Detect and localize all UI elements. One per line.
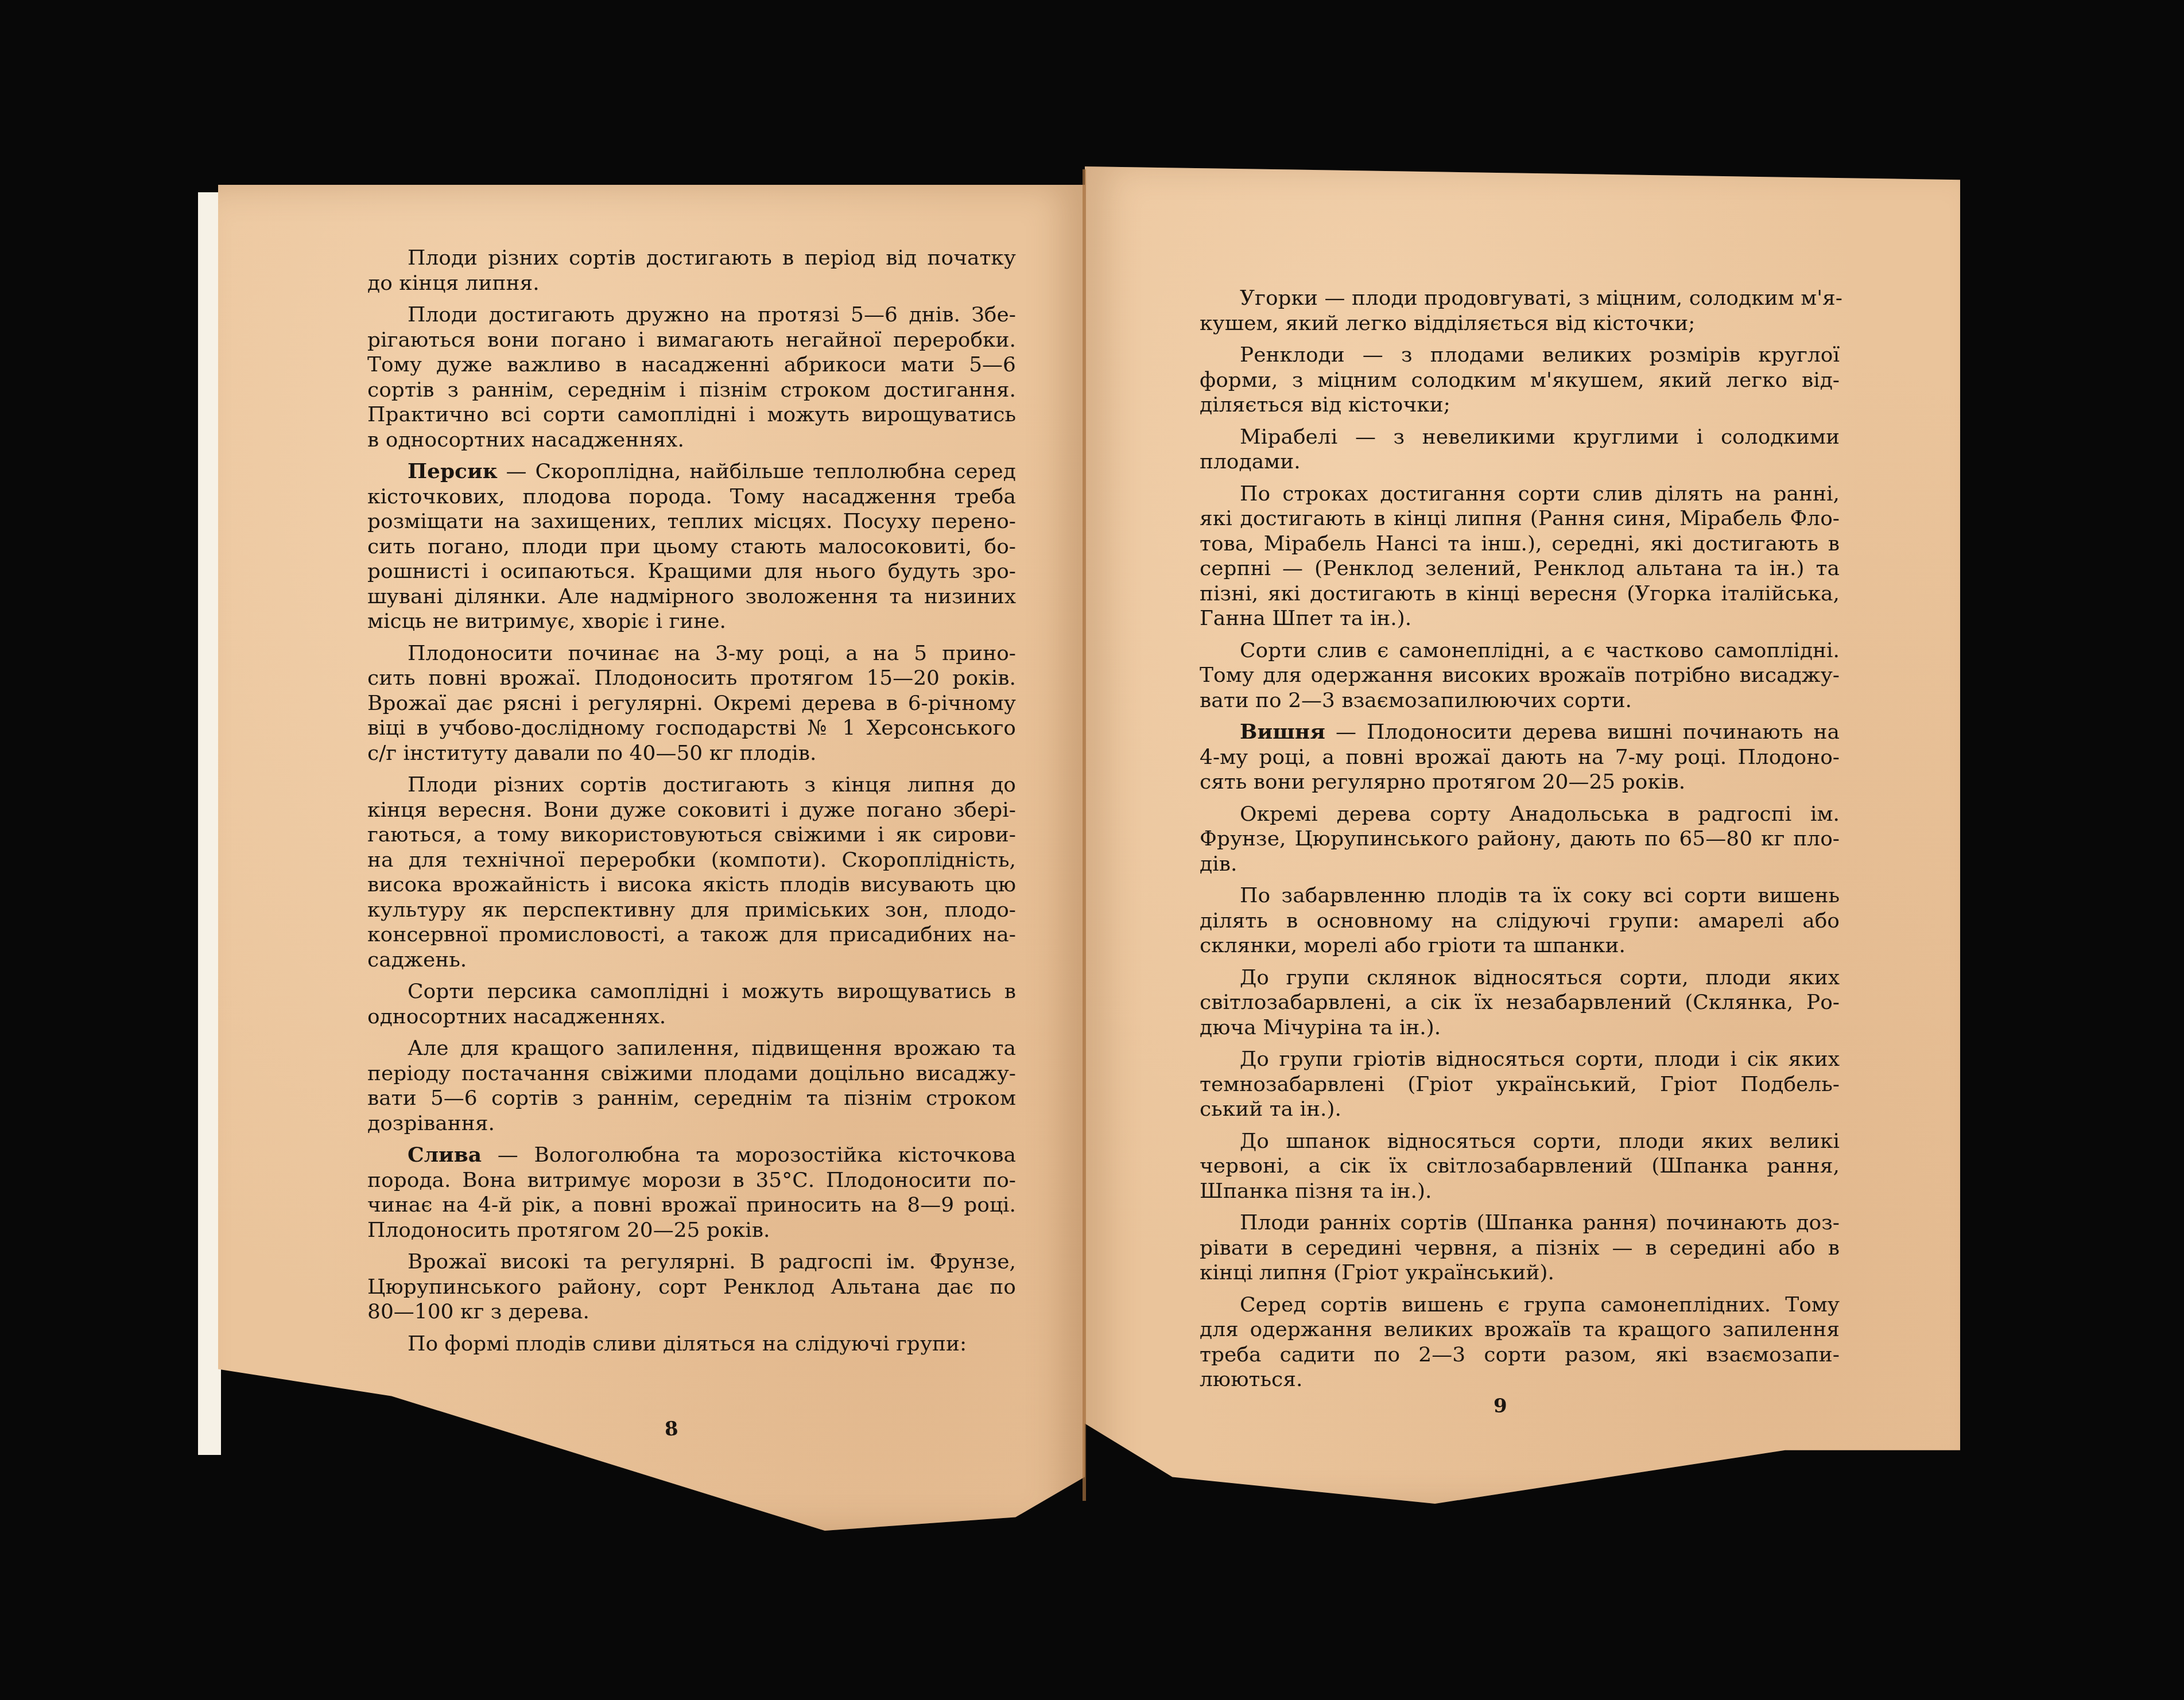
text-line: Слива — Вологолюбна та морозостійка кіст… [327,1143,1016,1168]
text-line-rest: — Плодоносити дерева вишні починають на [1325,720,1840,744]
text-line: які достигають в кінці липня (Рання синя… [1159,506,1840,531]
text-line: консервної промисловості, а також для пр… [327,922,1016,948]
text-line: люються. [1159,1367,1840,1392]
text-line: Плодоносить протягом 20—25 років. [327,1218,1016,1243]
paragraph: Плоди різних сортів достигають в період … [327,246,1016,296]
text-line: червоні, а сік їх світлозабарвлений (Шпа… [1159,1154,1840,1179]
text-line: треба садити по 2—3 сорти разом, які вза… [1159,1342,1840,1368]
text-line: Врожаї високі та регулярні. В радгоспі і… [327,1249,1016,1275]
text-line: кушем, який легко відділяється від кісто… [1159,311,1840,336]
section-term: Слива [408,1143,482,1167]
page-stack-edge [198,192,221,1455]
text-line: склянки, морелі або гріоти та шпанки. [1159,933,1840,958]
text-line: розміщати на захищених, теплих місцях. П… [327,509,1016,534]
paragraph: До групи склянок відносяться сорти, плод… [1159,965,1840,1041]
text-line: До групи склянок відносяться сорти, плод… [1159,965,1840,991]
text-line: По забарвленню плодів та їх соку всі сор… [1159,883,1840,909]
text-line: ський та ін.). [1159,1097,1840,1122]
text-line: періоду постачання свіжими плодами доціл… [327,1061,1016,1086]
text-line: Ренклоди — з плодами великих розмірів кр… [1159,343,1840,368]
text-line: Сорти слив є самонеплідні, а є частково … [1159,638,1840,663]
text-line: Тому для одержання високих врожаїв потрі… [1159,663,1840,688]
text-line: в односортних насадженнях. [327,428,1016,453]
text-line: сять вони регулярно протягом 20—25 років… [1159,770,1840,795]
paragraph: До групи гріотів відносяться сорти, плод… [1159,1047,1840,1122]
text-line: дів. [1159,852,1840,877]
text-line: Угорки — плоди продовгуваті, з міцним, с… [1159,286,1840,311]
left-page-text: Плоди різних сортів достигають в період … [327,246,1016,1356]
text-line: Мірабелі — з невеликими круглими і солод… [1159,425,1840,450]
text-line: кінця вересня. Вони дуже соковиті і дуже… [327,798,1016,823]
paragraph: Персик — Скороплідна, найбільше теплолюб… [327,459,1016,634]
paragraph: По забарвленню плодів та їх соку всі сор… [1159,883,1840,958]
paragraph: Сорти персика самоплідні і можуть вирощу… [327,979,1016,1029]
text-line: вати 5—6 сортів з раннім, середнім та пі… [327,1086,1016,1111]
paragraph: Плоди ранніх сортів (Шпанка рання) почин… [1159,1210,1840,1286]
text-line: висока врожайність і висока якість плоді… [327,872,1016,898]
text-line: дюча Мічуріна та ін.). [1159,1015,1840,1041]
text-line: пізні, які достигають в кінці вересня (У… [1159,581,1840,607]
text-line: До шпанок відносяться сорти, плоди яких … [1159,1129,1840,1154]
text-line: ділять в основному на слідуючі групи: ам… [1159,909,1840,934]
text-line: Фрунзе, Цюрупинського району, дають по 6… [1159,826,1840,852]
text-line: вати по 2—3 взаємозапилюючих сорти. [1159,688,1840,713]
text-line: віці в учбово-дослідному господарстві № … [327,716,1016,741]
paragraph: Врожаї високі та регулярні. В радгоспі і… [327,1249,1016,1325]
text-line: культуру як перспективну для приміських … [327,898,1016,923]
text-line: місць не витримує, хворіє і гине. [327,609,1016,634]
text-line: сить погано, плоди при цьому стають мало… [327,534,1016,560]
right-page-text: Угорки — плоди продовгуваті, з міцним, с… [1159,286,1840,1392]
paragraph: По формі плодів сливи діляться на слідую… [327,1332,1016,1357]
text-line: Персик — Скороплідна, найбільше теплолюб… [327,459,1016,484]
paragraph: До шпанок відносяться сорти, плоди яких … [1159,1129,1840,1204]
text-line: Вишня — Плодоносити дерева вишні починаю… [1159,720,1840,745]
paragraph: Угорки — плоди продовгуваті, з міцним, с… [1159,286,1840,336]
text-line: для одержання великих врожаїв та кращого… [1159,1317,1840,1342]
text-line-rest: — Вологолюбна та морозостійка кісточкова [482,1143,1016,1167]
paragraph: Плоди достигають дружно на протязі 5—6 д… [327,302,1016,452]
text-line: Плоди різних сортів достигають з кінця л… [327,773,1016,798]
text-line: саджень. [327,948,1016,973]
text-line: Але для кращого запилення, підвищення вр… [327,1036,1016,1061]
page-number-right: 9 [1494,1395,1507,1418]
text-line: сортів з раннім, середнім і пізнім строк… [327,378,1016,403]
text-line: с/г інституту давали по 40—50 кг плодів. [327,741,1016,766]
text-line: По формі плодів сливи діляться на слідую… [327,1332,1016,1357]
text-line: кінці липня (Гріот український). [1159,1260,1840,1286]
text-line: Врожаї дає рясні і регулярні. Окремі дер… [327,691,1016,716]
text-line: рігаються вони погано і вимагають негайн… [327,328,1016,353]
text-line: до кінця липня. [327,271,1016,296]
text-line: світлозабарвлені, а сік їх незабарвлений… [1159,990,1840,1015]
text-line: Окремі дерева сорту Анадольська в радгос… [1159,802,1840,827]
paragraph: Серед сортів вишень є група самонеплідни… [1159,1293,1840,1392]
text-line: односортних насадженнях. [327,1004,1016,1030]
open-booklet: Плоди різних сортів достигають в період … [0,0,2184,1700]
paragraph: Плоди різних сортів достигають з кінця л… [327,773,1016,972]
text-line: плодами. [1159,449,1840,475]
text-line: Практично всі сорти самоплідні і можуть … [327,402,1016,428]
text-line: Серед сортів вишень є група самонеплідни… [1159,1293,1840,1318]
text-line: това, Мірабель Нансі та інш.), середні, … [1159,531,1840,557]
text-line: рошнисті і осипаються. Кращими для нього… [327,559,1016,584]
text-line: темнозабарвлені (Гріот український, Гріо… [1159,1072,1840,1097]
text-line: По строках достигання сорти слив ділять … [1159,482,1840,507]
text-line: форми, з міцним солодким м'якушем, який … [1159,368,1840,393]
text-line: рівати в середині червня, а пізніх — в с… [1159,1236,1840,1261]
text-line: Шпанка пізня та ін.). [1159,1179,1840,1204]
text-line: Плоди ранніх сортів (Шпанка рання) почин… [1159,1210,1840,1236]
section-term: Персик [408,459,498,483]
text-line: Цюрупинського району, сорт Ренклод Альта… [327,1275,1016,1300]
section-term: Вишня [1240,720,1325,744]
text-line: 80—100 кг з дерева. [327,1299,1016,1325]
paragraph: Слива — Вологолюбна та морозостійка кіст… [327,1143,1016,1243]
text-line: шувані ділянки. Але надмірного зволоженн… [327,584,1016,610]
text-line: 4-му році, а повні врожаї дають на 7-му … [1159,745,1840,770]
text-line: діляється від кісточки; [1159,393,1840,418]
text-line: Плодоносити починає на 3-му році, а на 5… [327,641,1016,666]
text-line: Плоди різних сортів достигають в період … [327,246,1016,271]
paragraph: Вишня — Плодоносити дерева вишні починаю… [1159,720,1840,795]
text-line: Сорти персика самоплідні і можуть вирощу… [327,979,1016,1004]
text-line: чинає на 4-й рік, а повні врожаї приноси… [327,1193,1016,1218]
text-line: Плоди достигають дружно на протязі 5—6 д… [327,302,1016,328]
paragraph: Але для кращого запилення, підвищення вр… [327,1036,1016,1136]
paragraph: По строках достигання сорти слив ділять … [1159,482,1840,631]
text-line: кісточкових, плодова порода. Тому насадж… [327,484,1016,510]
paragraph: Мірабелі — з невеликими круглими і солод… [1159,425,1840,475]
text-line: на для технічної переробки (компоти). Ск… [327,848,1016,873]
text-line: серпні — (Ренклод зелений, Ренклод альта… [1159,556,1840,581]
text-line: Ганна Шпет та ін.). [1159,606,1840,631]
paragraph: Ренклоди — з плодами великих розмірів кр… [1159,343,1840,418]
text-line: гаються, а тому використовуються свіжими… [327,822,1016,848]
paragraph: Плодоносити починає на 3-му році, а на 5… [327,641,1016,766]
text-line: порода. Вона витримує морози в 35°С. Пло… [327,1168,1016,1193]
text-line: Тому дуже важливо в насадженні абрикоси … [327,352,1016,378]
paragraph: Сорти слив є самонеплідні, а є частково … [1159,638,1840,713]
text-line: дозрівання. [327,1111,1016,1136]
text-line: сить повні врожаї. Плодоносить протягом … [327,666,1016,691]
page-number-left: 8 [664,1417,679,1441]
booklet-spine [1083,169,1086,1501]
paragraph: Окремі дерева сорту Анадольська в радгос… [1159,802,1840,877]
text-line: До групи гріотів відносяться сорти, плод… [1159,1047,1840,1072]
text-line-rest: — Скороплідна, найбільше теплолюбна сере… [498,460,1016,483]
